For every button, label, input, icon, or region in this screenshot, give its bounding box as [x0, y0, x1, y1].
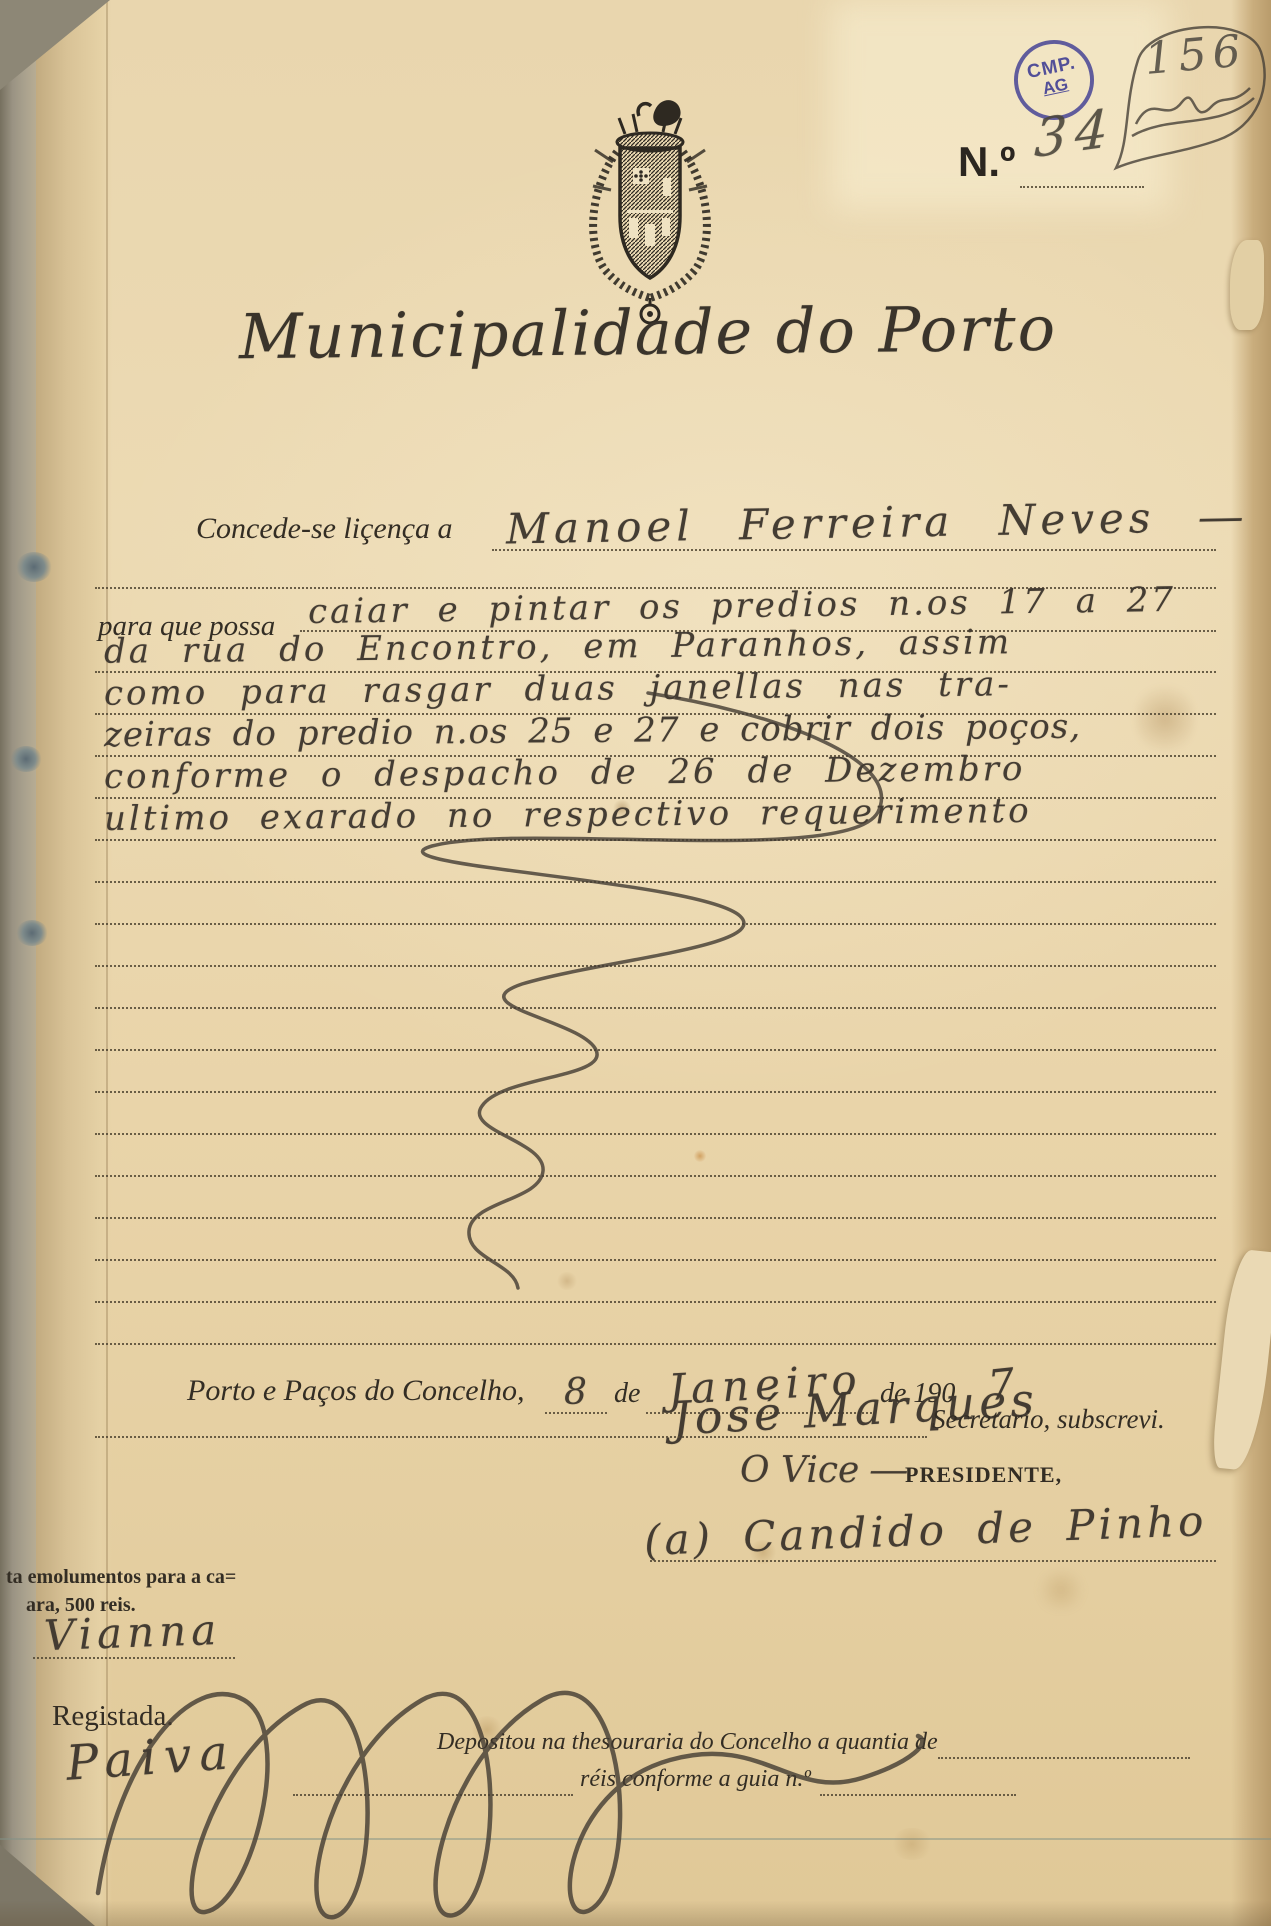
- document-title: Municipalidade do Porto: [239, 292, 1058, 374]
- day-dotted: [545, 1412, 607, 1414]
- rubric-squiggle: [1132, 88, 1254, 136]
- ruled-line: [95, 1091, 1216, 1093]
- place-label: Porto e Paços do Concelho,: [187, 1374, 524, 1408]
- licensee-dotted-line: [492, 549, 1216, 551]
- deposit-dotted: [938, 1757, 1190, 1759]
- secretary-label: Secretario, subscrevi.: [932, 1404, 1165, 1435]
- number-label: N.º: [958, 138, 1015, 186]
- number-dotted-line: [1020, 186, 1144, 188]
- president-dotted: [650, 1560, 1216, 1562]
- stain: [694, 1150, 706, 1162]
- fees-line-1: ta emolumentos para a ca=: [6, 1566, 236, 1589]
- registry-annotation-156: 156: [1100, 8, 1270, 178]
- registry-number-text: 156: [1143, 25, 1249, 85]
- ruled-line: [95, 1217, 1216, 1219]
- stain: [1035, 1570, 1087, 1610]
- ruled-line: [95, 1259, 1216, 1261]
- ruled-line: [95, 1175, 1216, 1177]
- ruled-line: [95, 923, 1216, 925]
- ruled-line: [95, 1343, 1216, 1345]
- ruled-line: [95, 1007, 1216, 1009]
- purpose-line-4: zeiras do predio n.os 25 e 27 e cobrir d…: [104, 707, 1081, 756]
- binding-edge-left: [0, 0, 36, 1926]
- stain: [556, 1272, 578, 1290]
- registered-label: Registada.: [52, 1700, 174, 1733]
- vice-note: O Vice ―: [740, 1450, 907, 1491]
- ruled-line: [95, 1049, 1216, 1051]
- ruled-line: [95, 965, 1216, 967]
- of-label: de: [614, 1378, 640, 1410]
- ruled-line: [95, 1301, 1216, 1303]
- purpose-line-2: da rua do Encontro, em Paranhos, assim: [104, 622, 1013, 672]
- stain: [890, 1828, 934, 1860]
- day-handwritten: 8: [564, 1372, 587, 1413]
- guide-label: réis conforme a guia n.º: [580, 1766, 811, 1793]
- purpose-line-5: conforme o despacho de 26 de Dezembro: [104, 749, 1026, 797]
- coat-of-arms: [575, 90, 725, 328]
- stain: [1135, 680, 1195, 758]
- ruled-line: [95, 881, 1216, 883]
- purpose-line-3: como para rasgar duas janellas nas tra-: [104, 664, 1012, 714]
- president-label: PRESIDENTE,: [905, 1462, 1062, 1488]
- number-value-handwritten: 34: [1033, 98, 1116, 170]
- deposit-label: Depositou na thesouraria do Concelho a q…: [437, 1729, 938, 1756]
- clerk-dotted: [33, 1657, 235, 1659]
- tear-right-small: [1230, 240, 1264, 330]
- president-signature: (a) Candido de Pinho: [643, 1496, 1208, 1565]
- guide-dotted-left: [293, 1794, 573, 1796]
- scanned-license-document: CMP. AG 156 N.º 34: [0, 0, 1271, 1926]
- bottom-shadow: [0, 1900, 1271, 1926]
- write-line: [95, 839, 1216, 841]
- scan-line: [0, 1838, 1271, 1840]
- clerk-signature: Vianna: [43, 1605, 222, 1660]
- guide-dotted-right: [820, 1794, 1016, 1796]
- registrar-signature: Paiva: [64, 1724, 237, 1792]
- ruled-line: [95, 1133, 1216, 1135]
- licensee-name: Manoel Ferreira Neves ―: [506, 492, 1247, 554]
- secretary-dotted: [95, 1436, 927, 1438]
- purpose-line-6: ultimo exarado no respectivo requeriment…: [104, 791, 1032, 839]
- grant-label: Concede-se liçença a: [196, 512, 453, 546]
